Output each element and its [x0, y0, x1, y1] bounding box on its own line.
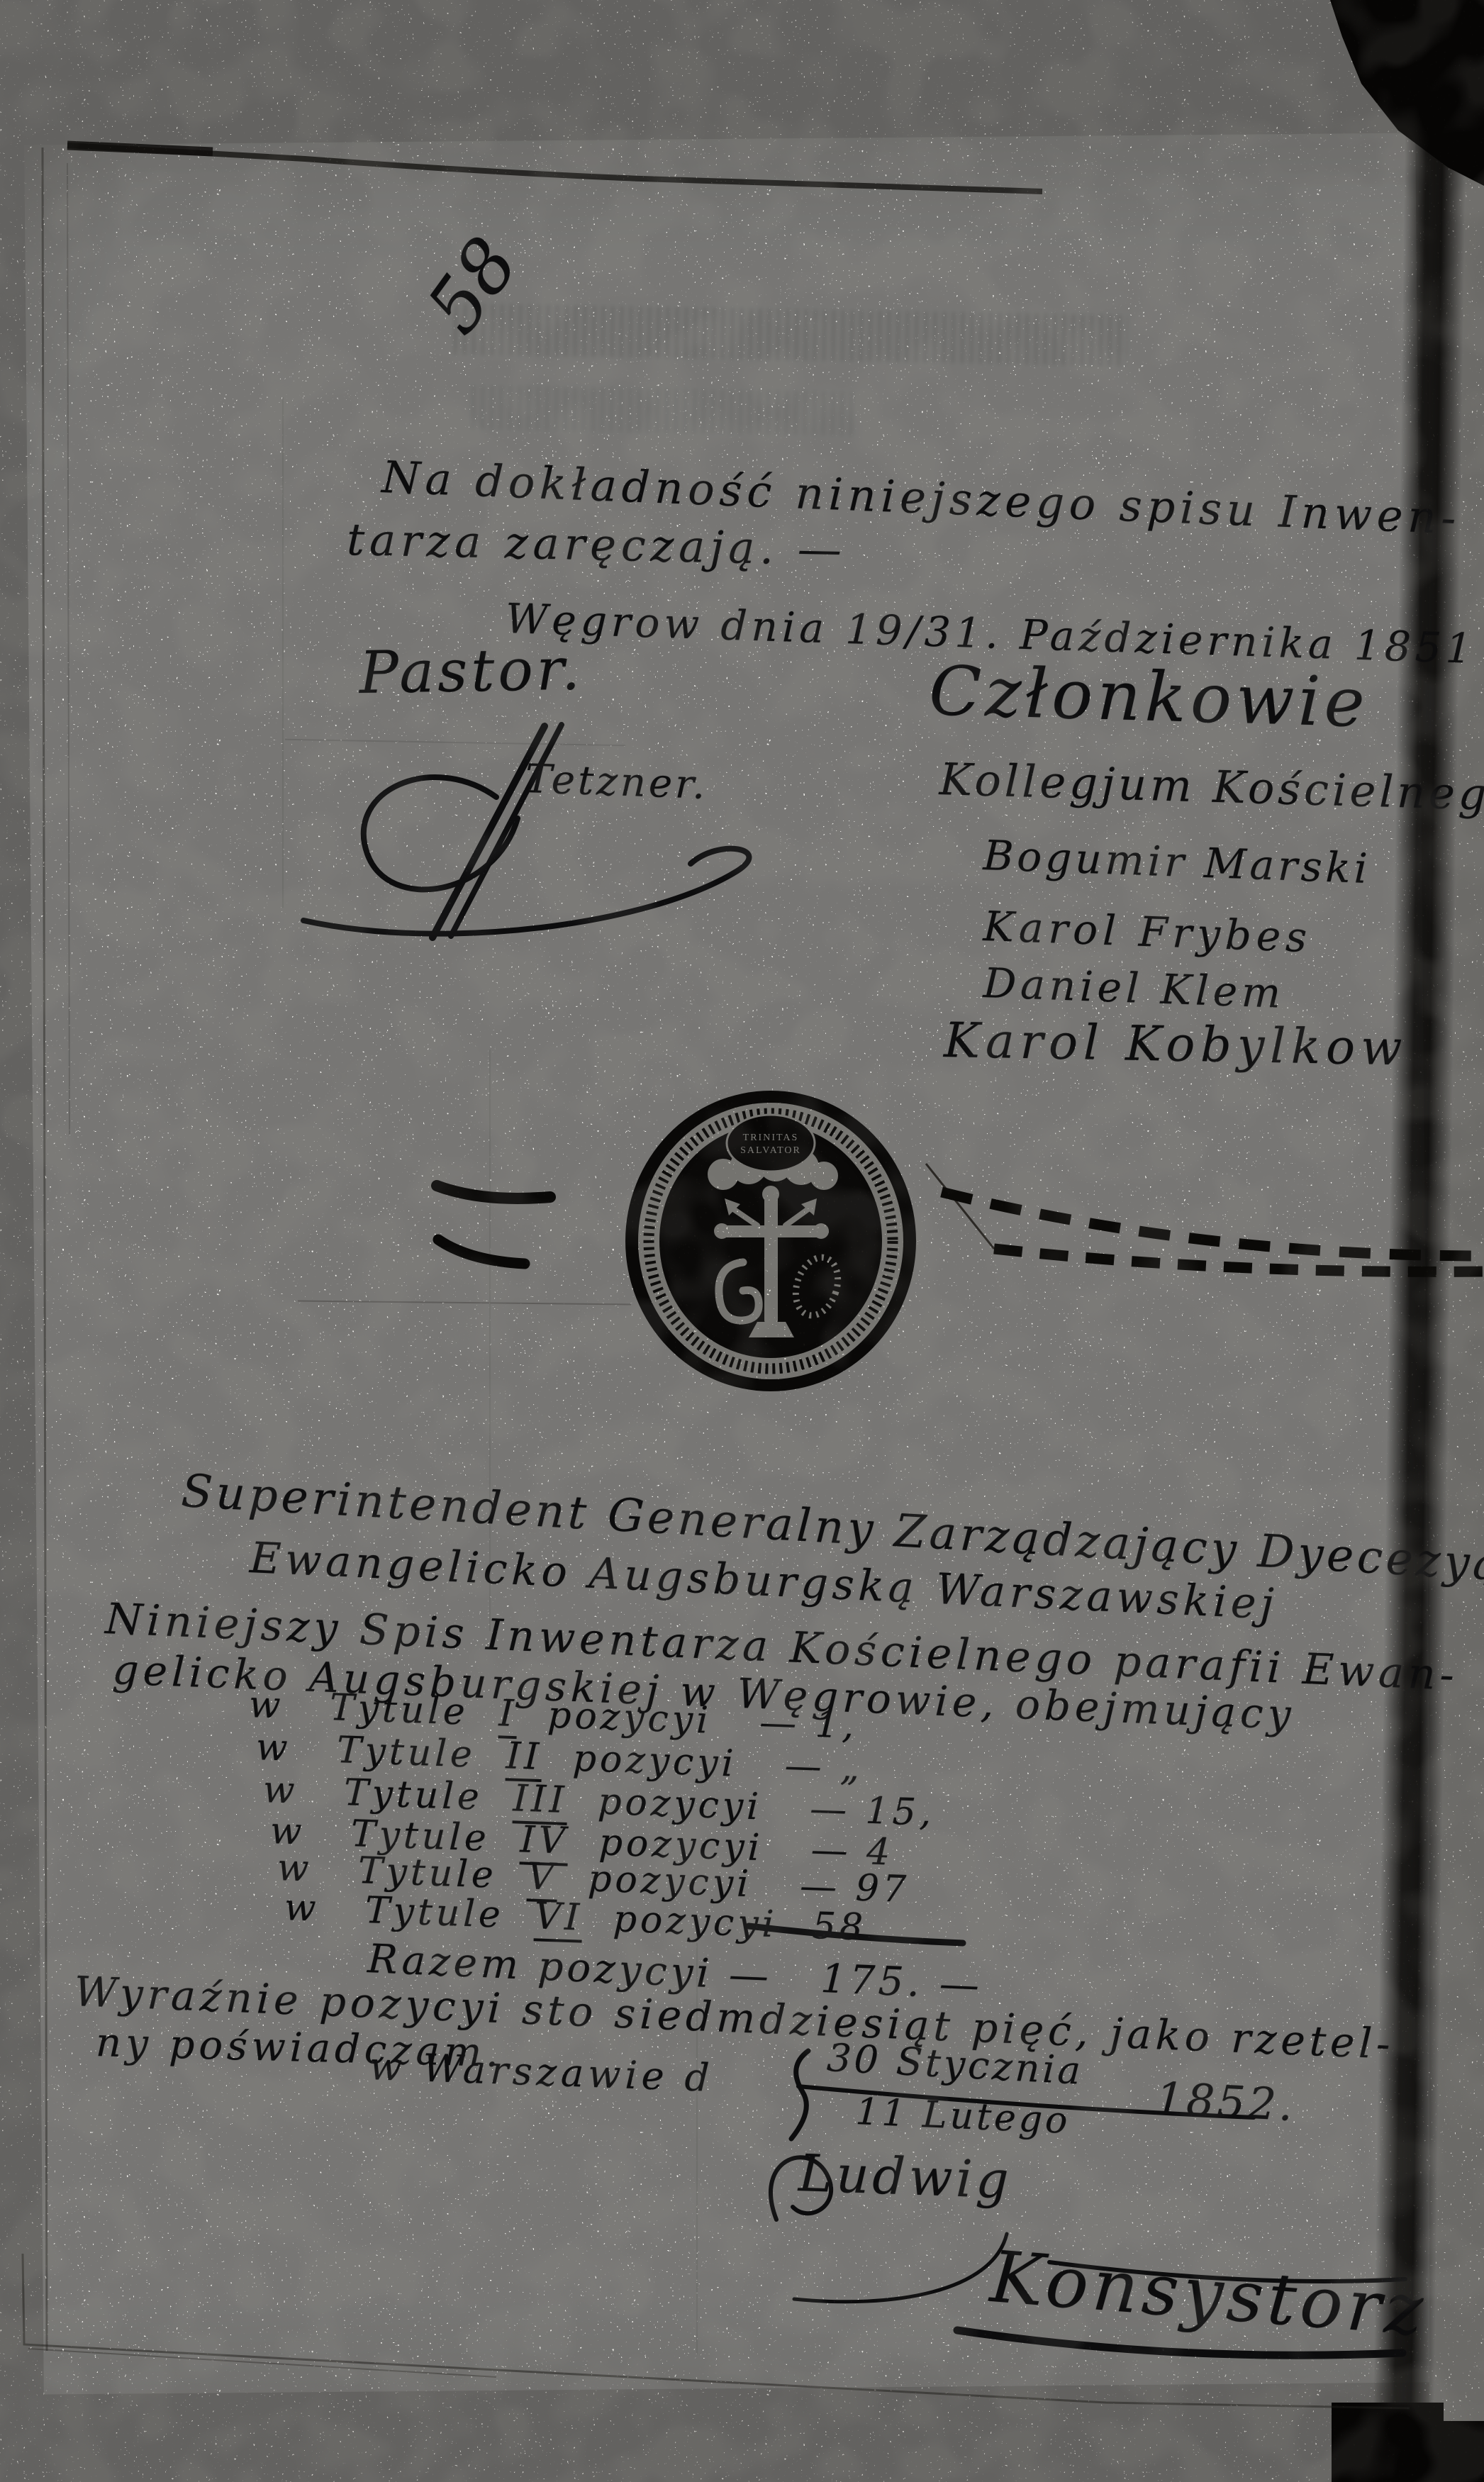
scanner-corner-black — [1330, 0, 1484, 186]
page-left-edge-faint — [67, 163, 69, 1135]
row-title: Tytule — [364, 1889, 505, 1937]
church-seal: TRINITAS SALVATOR — [618, 1086, 923, 1396]
bleedthrough-text-band — [472, 385, 855, 435]
date-year: 1852. — [1154, 2072, 1297, 2131]
seal-top-badge — [727, 1115, 815, 1172]
cord-left-marks — [417, 1163, 584, 1287]
scanner-bottom-right-black — [1424, 2421, 1484, 2482]
superintendent-signature-name: Ludwig — [798, 2143, 1013, 2210]
members-title: Członkowie — [928, 651, 1370, 742]
document-scan: { "scan": { "page_number": "58" }, "atte… — [0, 0, 1484, 2482]
cord-strand-upper — [942, 1192, 1484, 1256]
pastor-signature-flourish — [282, 711, 842, 955]
pastor-signature-name: Tetzner. — [525, 756, 709, 808]
row-prefix: w — [255, 1726, 292, 1770]
row-prefix: w — [277, 1847, 313, 1891]
row-word: pozycyi — [547, 1694, 712, 1742]
row-title: Tytule — [336, 1729, 476, 1776]
seal-badge-line-2: SALVATOR — [740, 1145, 801, 1156]
page-top-edge — [67, 145, 1042, 191]
attestation-line-2: tarza zaręczają. — — [346, 513, 847, 576]
row-prefix: w — [284, 1886, 320, 1930]
sum-underline — [743, 1913, 970, 1950]
office-underline — [943, 2247, 1411, 2381]
seal-badge-line-1: TRINITAS — [743, 1133, 799, 1143]
cord-thin-strand — [926, 1164, 994, 1249]
row-prefix: w — [262, 1769, 299, 1813]
row-prefix: w — [248, 1684, 285, 1727]
row-title: Tytule — [343, 1771, 484, 1819]
page-left-edge — [43, 148, 47, 2351]
row-value: — 1, — [759, 1701, 858, 1747]
page-top-edge-dark — [67, 145, 213, 152]
row-numeral: II — [506, 1735, 543, 1782]
row-numeral: I — [498, 1692, 518, 1739]
member-signature: Karol Kobylkow — [944, 1013, 1408, 1076]
page-bottom-edge-echo — [28, 2349, 496, 2377]
row-title: Tytule — [329, 1686, 469, 1734]
row-numeral: VI — [534, 1895, 584, 1942]
row-value: — „ — [784, 1744, 864, 1790]
binding-cord — [900, 1131, 1484, 1344]
pastor-title: Pastor. — [359, 635, 584, 707]
row-word: pozycyi — [572, 1737, 737, 1786]
row-value: — 15, — [809, 1788, 935, 1835]
